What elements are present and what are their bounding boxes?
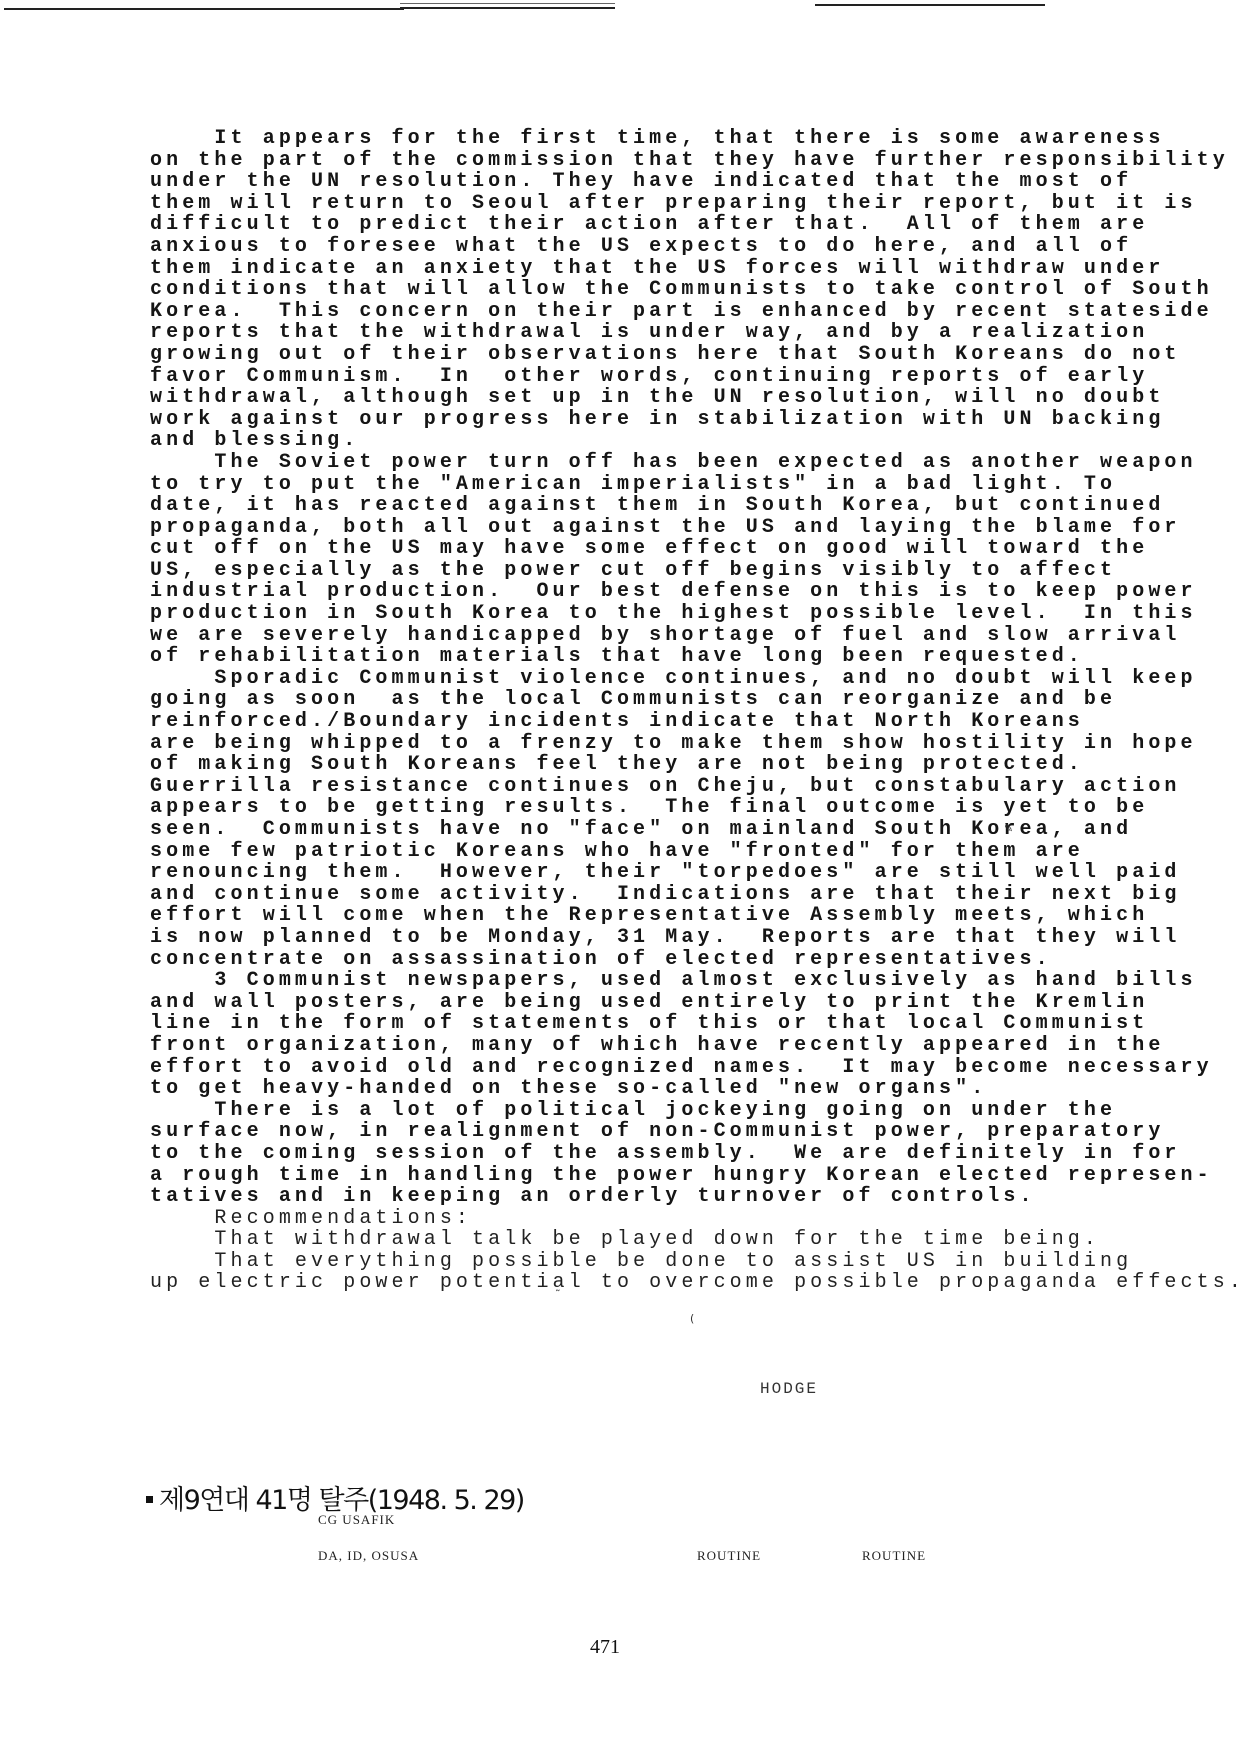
text-line: concentrate on assassination of elected … [150,949,1130,971]
text-line: conditions that will allow the Communist… [150,279,1130,301]
text-line: anxious to foresee what the US expects t… [150,236,1130,258]
text-line: industrial production. Our best defense … [150,581,1130,603]
handwritten-mark: ✎ [1004,822,1013,835]
handwritten-mark: ( [690,1312,694,1325]
text-line: to get heavy-handed on these so-called "… [150,1078,1130,1100]
text-line: reports that the withdrawal is under way… [150,322,1130,344]
text-line: front organization, many of which have r… [150,1035,1130,1057]
text-line: effort to avoid old and recognized names… [150,1057,1130,1079]
text-line: appears to be getting results. The final… [150,797,1130,819]
text-line: and blessing. [150,430,1130,452]
text-line: on the part of the commission that they … [150,150,1130,172]
text-line: of rehabilitation materials that have lo… [150,646,1130,668]
text-line: surface now, in realignment of non-Commu… [150,1121,1130,1143]
paragraph-violence: Sporadic Communist violence continues, a… [150,668,1130,970]
text-line: under the UN resolution. They have indic… [150,171,1130,193]
scan-artifact-line [400,3,615,4]
text-line: growing out of their observations here t… [150,344,1130,366]
paragraph-recommendations: Recommendations: That withdrawal talk be… [150,1208,1130,1294]
scan-artifact-line [4,8,404,10]
text-line: work against our progress here in stabil… [150,409,1130,431]
text-line: effort will come when the Representative… [150,905,1130,927]
paragraph-soviet-power: The Soviet power turn off has been expec… [150,452,1130,668]
text-line: It appears for the first time, that ther… [150,128,1130,150]
text-line: favor Communism. In other words, continu… [150,366,1130,388]
handwritten-mark: ˜ [555,1288,561,1301]
text-line: them will return to Seoul after preparin… [150,193,1130,215]
text-line: US, especially as the power cut off begi… [150,560,1130,582]
routing-to: DA, ID, OSUSA [318,1548,419,1564]
text-line: That withdrawal talk be played down for … [150,1229,1130,1251]
text-line: is now planned to be Monday, 31 May. Rep… [150,927,1130,949]
text-line: That everything possible be done to assi… [150,1251,1130,1273]
paragraph-awareness: It appears for the first time, that ther… [150,128,1130,452]
text-line: reinforced./Boundary incidents indicate … [150,711,1130,733]
text-line: Korea. This concern on their part is enh… [150,301,1130,323]
precedence-info: ROUTINE [862,1548,926,1564]
text-line: up electric power potential to overcome … [150,1272,1130,1294]
precedence-action: ROUTINE [697,1548,761,1564]
text-line: The Soviet power turn off has been expec… [150,452,1130,474]
scan-artifact-line [815,4,1045,6]
text-line: to the coming session of the assembly. W… [150,1143,1130,1165]
paragraph-newspapers: 3 Communist newspapers, used almost excl… [150,970,1130,1100]
text-line: difficult to predict their action after … [150,214,1130,236]
text-line: going as soon as the local Communists ca… [150,689,1130,711]
text-line: production in South Korea to the highest… [150,603,1130,625]
text-line: of making South Koreans feel they are no… [150,754,1130,776]
signature: HODGE [760,1380,818,1398]
text-line: them indicate an anxiety that the US for… [150,258,1130,280]
text-line: we are severely handicapped by shortage … [150,625,1130,647]
text-line: Guerrilla resistance continues on Cheju,… [150,776,1130,798]
text-line: and wall posters, are being used entirel… [150,992,1130,1014]
text-line: are being whipped to a frenzy to make th… [150,733,1130,755]
text-line: cut off on the US may have some effect o… [150,538,1130,560]
text-line: propaganda, both all out against the US … [150,517,1130,539]
text-line: There is a lot of political jockeying go… [150,1100,1130,1122]
text-line: to try to put the "American imperialists… [150,474,1130,496]
message-body: It appears for the first time, that ther… [150,128,1130,1294]
text-line: tatives and in keeping an orderly turnov… [150,1186,1130,1208]
text-line: seen. Communists have no "face" on mainl… [150,819,1130,841]
text-line: withdrawal, although set up in the UN re… [150,387,1130,409]
routing-from: CG USAFIK [318,1512,395,1528]
recommendations-heading: Recommendations: [150,1208,1130,1230]
text-line: date, it has reacted against them in Sou… [150,495,1130,517]
text-line: renouncing them. However, their "torpedo… [150,862,1130,884]
page-number: 471 [590,1636,620,1659]
text-line: Sporadic Communist violence continues, a… [150,668,1130,690]
text-line: 3 Communist newspapers, used almost excl… [150,970,1130,992]
scan-artifact-line [400,7,615,9]
text-line: some few patriotic Koreans who have "fro… [150,841,1130,863]
paragraph-jockeying: There is a lot of political jockeying go… [150,1100,1130,1208]
text-line: line in the form of statements of this o… [150,1013,1130,1035]
bullet-icon [146,1496,153,1503]
text-line: a rough time in handling the power hungr… [150,1165,1130,1187]
text-line: and continue some activity. Indications … [150,884,1130,906]
